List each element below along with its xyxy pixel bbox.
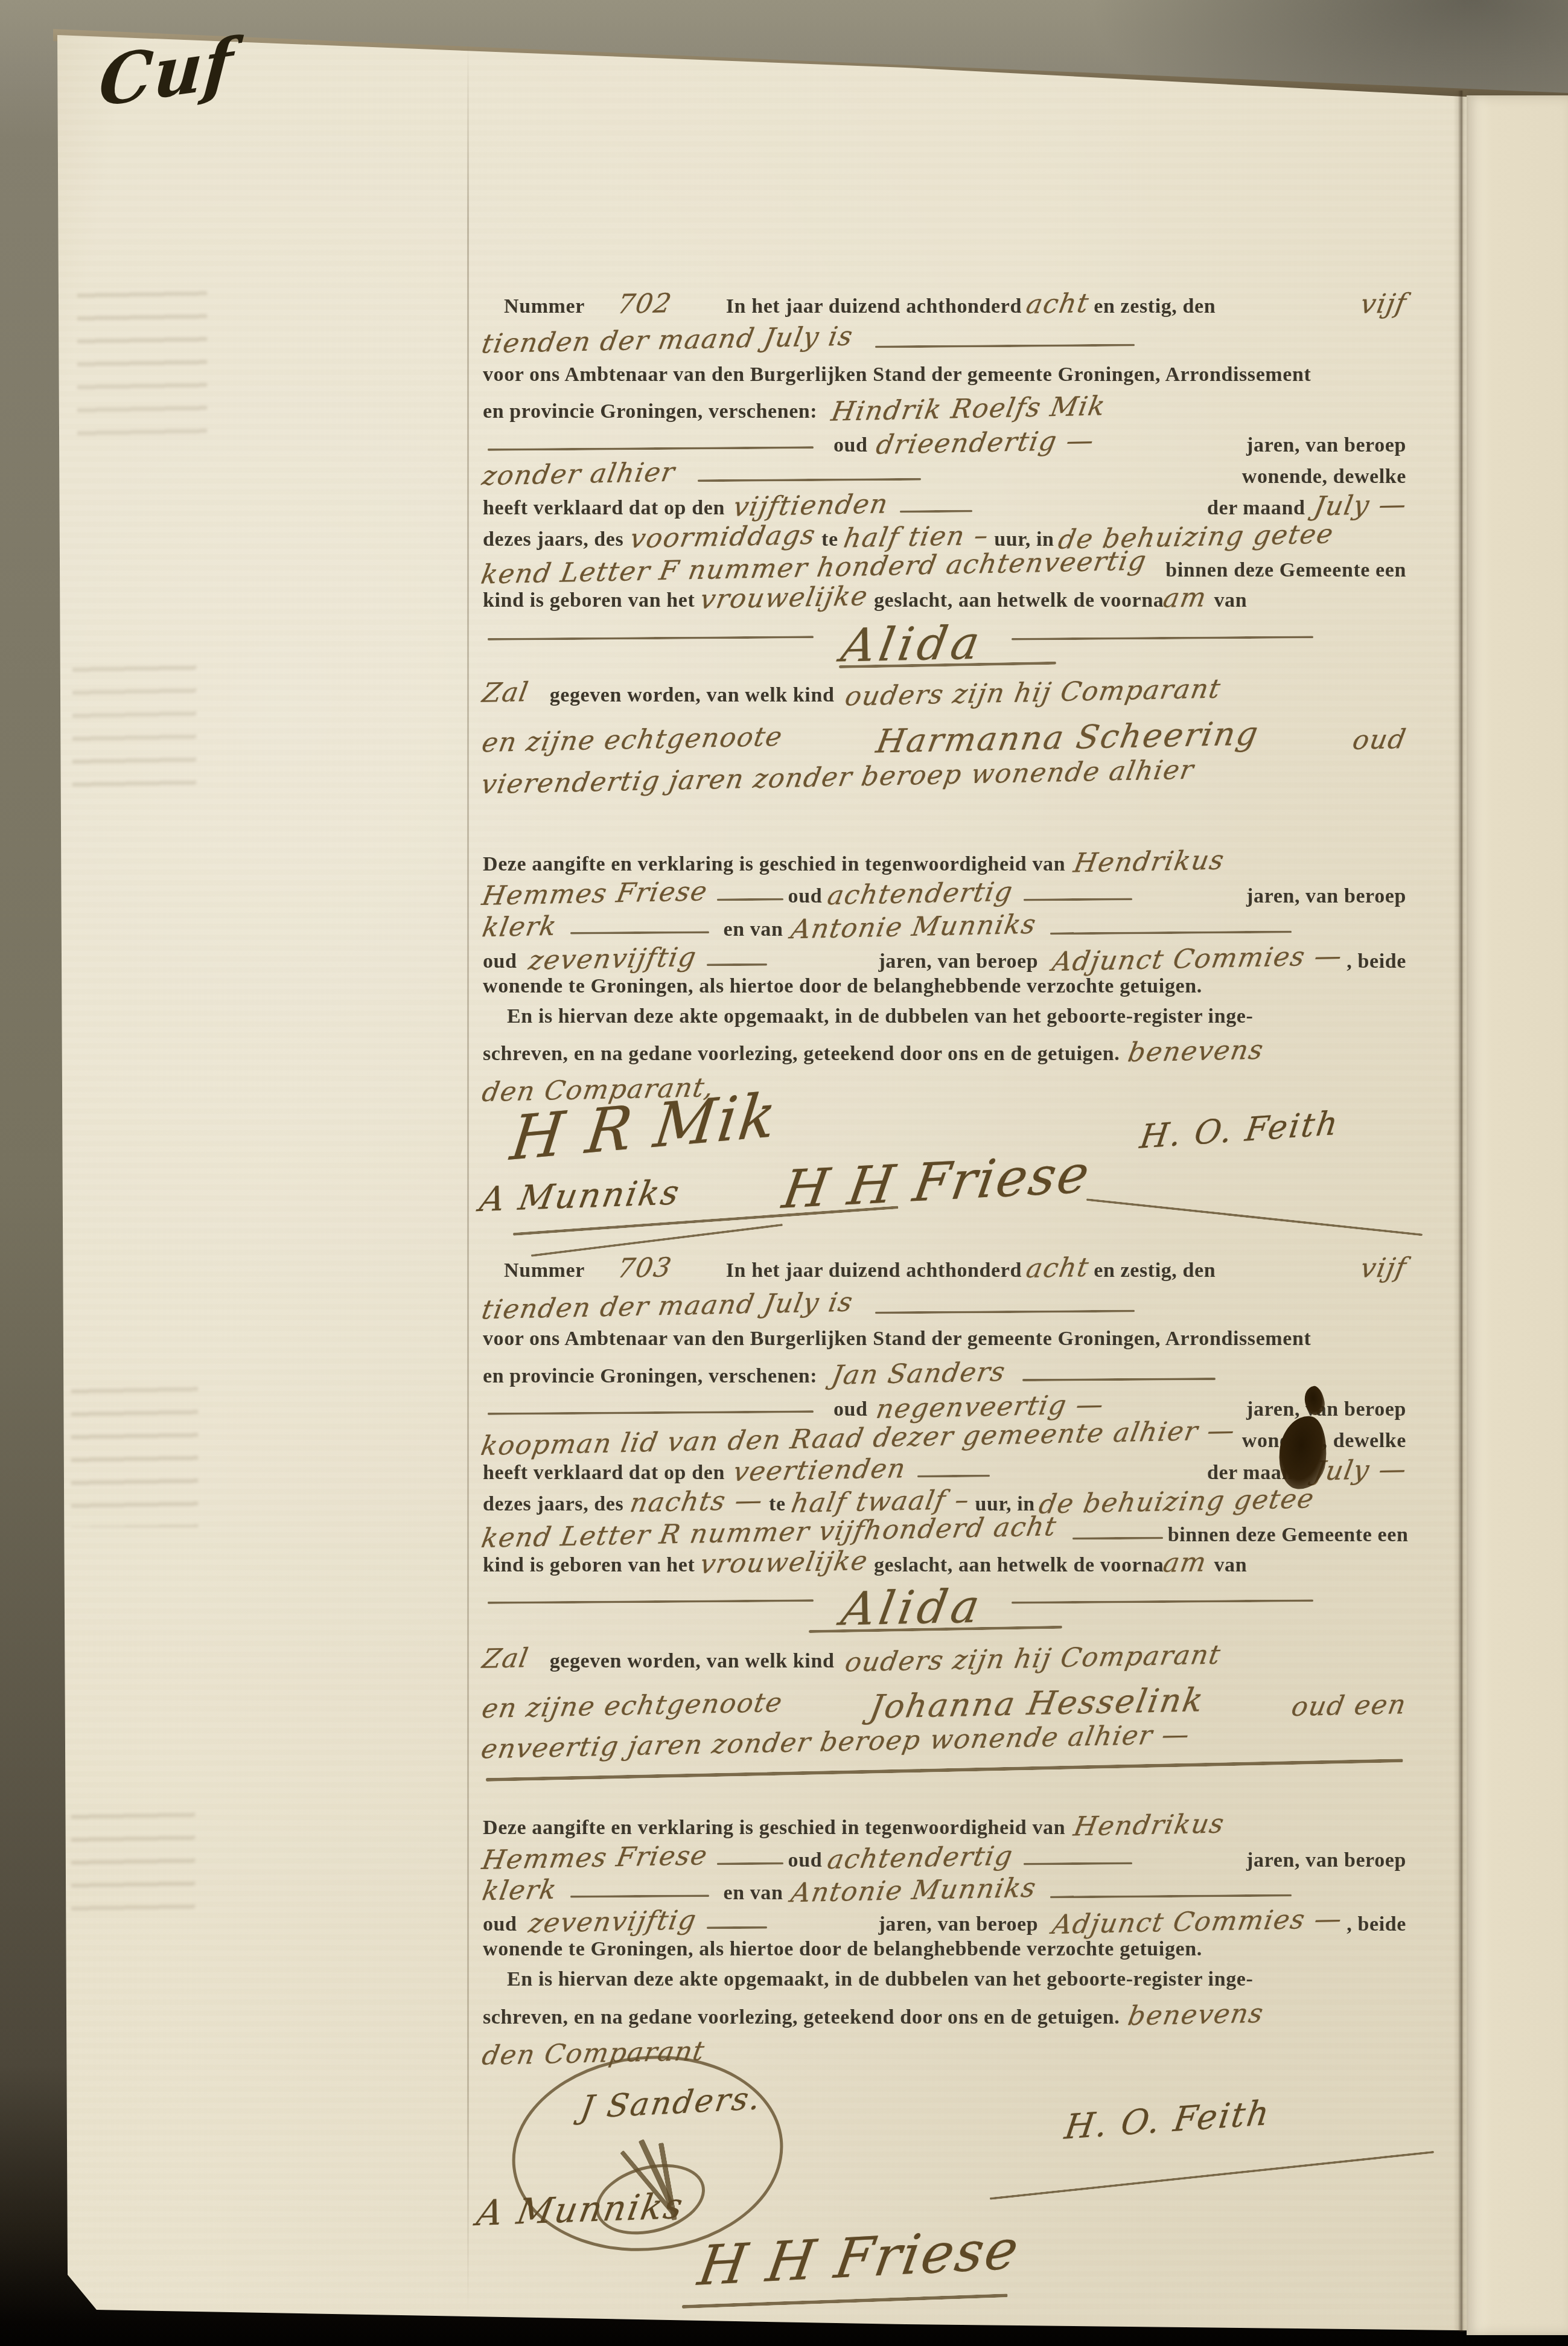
separator-rule-703 xyxy=(486,1759,1403,1782)
flourish-under-alida-2 xyxy=(809,1626,1062,1633)
signature-h-r-mik: H R Mik xyxy=(507,1079,782,1174)
signature-h-h-friese-1: H H Friese xyxy=(779,1143,1095,1221)
signature-h-o-feith-2: H. O. Feith xyxy=(1062,2093,1273,2147)
signature-h-h-friese-2: H H Friese xyxy=(694,2217,1024,2298)
signatures-and-marks-layer: CufH R MikH. O. FeithA MunniksH H Friese… xyxy=(0,0,1568,2346)
flourish-under-alida-1 xyxy=(839,662,1056,668)
ink-blot-drip xyxy=(1302,1385,1327,1417)
ink-blot-main xyxy=(1276,1413,1330,1491)
signature-a-munniks-2: A Munniks xyxy=(474,2185,687,2234)
paraph-top-left: Cuf xyxy=(97,23,237,123)
signature-a-munniks-1: A Munniks xyxy=(477,1173,684,1219)
flourish-feith-1 xyxy=(1086,1198,1423,1236)
flourish-feith-2 xyxy=(990,2151,1434,2200)
signature-h-o-feith-1: H. O. Feith xyxy=(1138,1104,1342,1156)
